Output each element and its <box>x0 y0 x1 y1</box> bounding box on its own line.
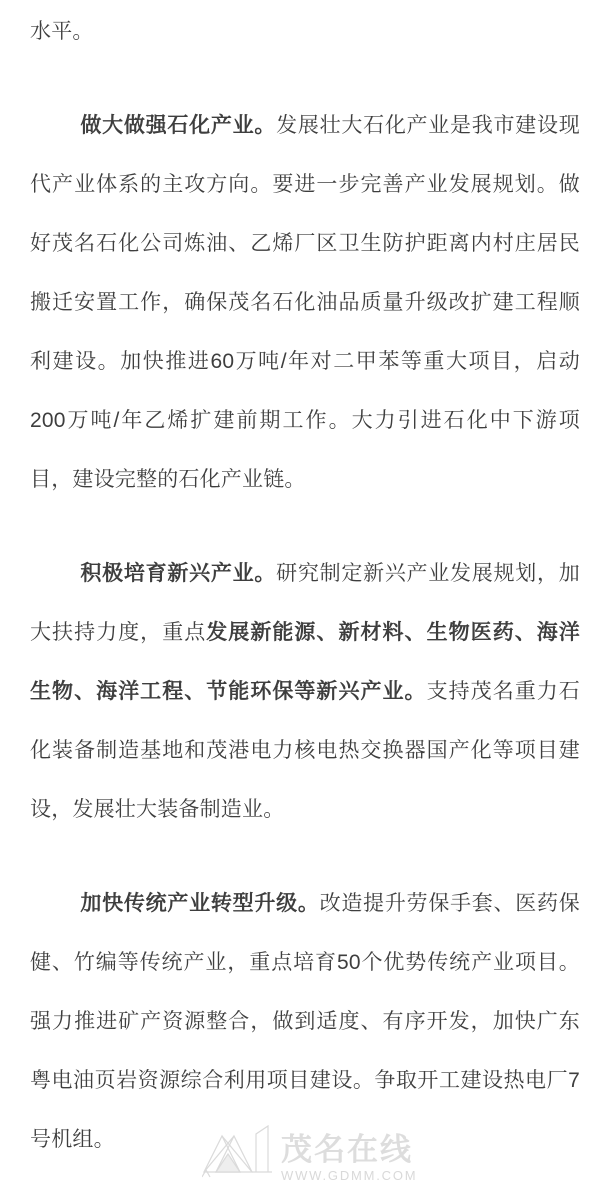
paragraph-emerging-industries: 积极培育新兴产业。研究制定新兴产业发展规划，加大扶持力度，重点发展新能源、新材料… <box>30 544 580 839</box>
paragraph-petrochemical: 做大做强石化产业。发展壮大石化产业是我市建设现代产业体系的主攻方向。要进一步完善… <box>30 96 580 509</box>
maoming-online-logo-icon <box>202 1122 274 1178</box>
watermark-site-name: 茂名在线 <box>281 1134 417 1165</box>
paragraph-lead-bold: 做大做强石化产业。 <box>80 114 276 137</box>
paragraph-lead-bold: 加快传统产业转型升级。 <box>80 892 319 915</box>
watermark-site-url: WWW.GDMM.COM <box>281 1169 417 1181</box>
document-body: 水平。 做大做强石化产业。发展壮大石化产业是我市建设现代产业体系的主攻方向。要进… <box>0 0 610 1169</box>
paragraph-lead-bold: 积极培育新兴产业。 <box>80 562 276 585</box>
text-segment: 水平。 <box>30 20 94 43</box>
watermark-text: 茂名在线 WWW.GDMM.COM <box>281 1122 417 1181</box>
paragraph-fragment: 水平。 <box>30 2 580 61</box>
watermark: 茂名在线 WWW.GDMM.COM <box>202 1122 417 1181</box>
text-segment: 发展壮大石化产业是我市建设现代产业体系的主攻方向。要进一步完善产业发展规划。做好… <box>30 114 580 491</box>
text-segment: 改造提升劳保手套、医药保健、竹编等传统产业，重点培育50个优势传统产业项目。强力… <box>30 892 580 1151</box>
